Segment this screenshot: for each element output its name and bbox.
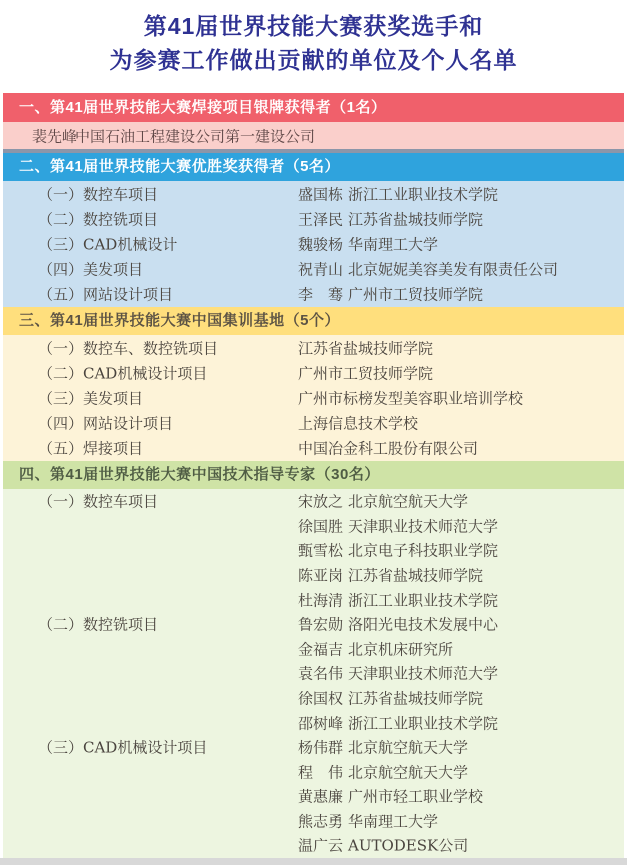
organization-name: 天津职业技术师范大学 — [348, 515, 498, 536]
project-label: （二）CAD机械设计项目 — [38, 362, 207, 383]
person-name: 徐国权 — [298, 687, 343, 708]
organization-name: 北京机床研究所 — [348, 638, 453, 659]
organization-name: 洛阳光电技术发展中心 — [348, 614, 498, 635]
organization-name: 天津职业技术师范大学 — [348, 663, 498, 684]
person-name: 杨伟群 — [298, 737, 343, 758]
person-name: 金福吉 — [298, 638, 343, 659]
list-row: （四）美发项目 祝青山 北京妮妮美容美发有限责任公司 — [3, 257, 624, 282]
organization-name: 江苏省盐城技师学院 — [348, 208, 483, 229]
list-row: 甄雪松 北京电子科技职业学院 — [3, 538, 624, 563]
list-row: 邵树峰 浙江工业职业技术学院 — [3, 710, 624, 735]
person-name: 温广云 — [298, 835, 343, 856]
list-row: （四）网站设计项目 上海信息技术学校 — [3, 411, 624, 436]
section-body-s3: （一）数控车、数控铣项目 江苏省盐城技师学院 （二）CAD机械设计项目 广州市工… — [3, 335, 624, 461]
list-row: （一）数控车项目 宋放之 北京航空航天大学 — [3, 489, 624, 514]
organization-name: 浙江工业职业技术学院 — [348, 589, 498, 610]
list-row: （二）数控铣项目 鲁宏勋 洛阳光电技术发展中心 — [3, 612, 624, 637]
project-label: （一）数控车项目 — [38, 491, 158, 512]
title-line-1: 第41届世界技能大赛获奖选手和 — [0, 9, 627, 43]
person-name: 祝青山 — [298, 259, 343, 280]
person-name: 甄雪松 — [298, 540, 343, 561]
project-label: （三）CAD机械设计 — [38, 233, 177, 254]
person-name: 邵树峰 — [298, 712, 343, 733]
project-label: （五）焊接项目 — [38, 438, 143, 459]
organization-name: 北京航空航天大学 — [348, 491, 468, 512]
list-row: 徐国权 江苏省盐城技师学院 — [3, 686, 624, 711]
list-row: 袁名伟 天津职业技术师范大学 — [3, 661, 624, 686]
person-name: 宋放之 — [298, 491, 343, 512]
bottom-page-edge — [0, 858, 627, 865]
section-body-s2: （一）数控车项目 盛国栋 浙江工业职业技术学院 （二）数控铣项目 王泽民 江苏省… — [3, 181, 624, 307]
organization-name: 北京电子科技职业学院 — [348, 540, 498, 561]
project-label: （二）数控铣项目 — [38, 614, 158, 635]
list-row: 温广云 AUTODESK公司 — [3, 833, 624, 858]
person-name: 陈亚岗 — [298, 564, 343, 585]
section-header-s4: 四、第41届世界技能大赛中国技术指导专家（30名） — [3, 461, 624, 489]
organization-name: 广州市工贸技师学院 — [348, 284, 483, 305]
list-row: （五）网站设计项目 李 骞 广州市工贸技师学院 — [3, 282, 624, 307]
list-row: （一）数控车项目 盛国栋 浙江工业职业技术学院 — [3, 181, 624, 206]
list-row: （二）CAD机械设计项目 广州市工贸技师学院 — [3, 360, 624, 385]
section-header-s3: 三、第41届世界技能大赛中国集训基地（5个） — [3, 307, 624, 335]
section-s1: 一、第41届世界技能大赛焊接项目银牌获得者（1名） 裴先峰 中国石油工程建设公司… — [3, 93, 624, 149]
list-row: 徐国胜 天津职业技术师范大学 — [3, 513, 624, 538]
section-body-s4: （一）数控车项目 宋放之 北京航空航天大学 徐国胜 天津职业技术师范大学 甄雪松… — [3, 489, 624, 858]
section-body-s1: 裴先峰 中国石油工程建设公司第一建设公司 — [3, 122, 624, 149]
organization-name: 浙江工业职业技术学院 — [348, 712, 498, 733]
person-name: 黄惠廉 — [298, 786, 343, 807]
person-name: 程 伟 — [298, 761, 343, 782]
section-header-s2: 二、第41届世界技能大赛优胜奖获得者（5名） — [3, 153, 624, 181]
person-name: 熊志勇 — [298, 810, 343, 831]
organization-name: 华南理工大学 — [348, 810, 438, 831]
project-label: （三）美发项目 — [38, 387, 143, 408]
section-s4: 四、第41届世界技能大赛中国技术指导专家（30名） （一）数控车项目 宋放之 北… — [3, 461, 624, 858]
section-header-label: 二、第41届世界技能大赛优胜奖获得者（5名） — [19, 158, 340, 175]
organization-name: 广州市轻工职业学校 — [348, 786, 483, 807]
project-label: （四）美发项目 — [38, 259, 143, 280]
list-row: （三）美发项目 广州市标榜发型美容职业培训学校 — [3, 385, 624, 410]
section-s2: 二、第41届世界技能大赛优胜奖获得者（5名） （一）数控车项目 盛国栋 浙江工业… — [3, 153, 624, 307]
list-row: 陈亚岗 江苏省盐城技师学院 — [3, 563, 624, 588]
organization-name: 广州市工贸技师学院 — [298, 362, 433, 383]
person-name: 李 骞 — [298, 284, 343, 305]
organization-name: 北京航空航天大学 — [348, 761, 468, 782]
organization-name: 中国冶金科工股份有限公司 — [298, 438, 478, 459]
document-title: 第41届世界技能大赛获奖选手和 为参赛工作做出贡献的单位及个人名单 — [0, 0, 627, 93]
list-row: （一）数控车、数控铣项目 江苏省盐城技师学院 — [3, 335, 624, 360]
project-label: （二）数控铣项目 — [38, 208, 158, 229]
organization-name: 华南理工大学 — [348, 233, 438, 254]
list-row: 裴先峰 中国石油工程建设公司第一建设公司 — [3, 122, 624, 149]
section-header-label: 三、第41届世界技能大赛中国集训基地（5个） — [19, 312, 340, 329]
section-header-label: 四、第41届世界技能大赛中国技术指导专家（30名） — [19, 466, 380, 483]
organization-name: 广州市标榜发型美容职业培训学校 — [298, 387, 523, 408]
organization-name: 北京妮妮美容美发有限责任公司 — [348, 259, 558, 280]
list-row: 黄惠廉 广州市轻工职业学校 — [3, 784, 624, 809]
section-s3: 三、第41届世界技能大赛中国集训基地（5个） （一）数控车、数控铣项目 江苏省盐… — [3, 307, 624, 461]
section-header-s1: 一、第41届世界技能大赛焊接项目银牌获得者（1名） — [3, 93, 624, 122]
person-name: 盛国栋 — [298, 183, 343, 204]
list-row: （三）CAD机械设计 魏骏杨 华南理工大学 — [3, 231, 624, 256]
person-name: 魏骏杨 — [298, 233, 343, 254]
person-name: 王泽民 — [298, 208, 343, 229]
organization-name: 江苏省盐城技师学院 — [348, 687, 483, 708]
sections-container: 一、第41届世界技能大赛焊接项目银牌获得者（1名） 裴先峰 中国石油工程建设公司… — [3, 93, 624, 858]
organization-name: 江苏省盐城技师学院 — [298, 337, 433, 358]
project-label: （四）网站设计项目 — [38, 413, 173, 434]
list-row: （二）数控铣项目 王泽民 江苏省盐城技师学院 — [3, 206, 624, 231]
list-row: 金福吉 北京机床研究所 — [3, 636, 624, 661]
section-header-label: 一、第41届世界技能大赛焊接项目银牌获得者（1名） — [19, 99, 387, 116]
person-name: 杜海清 — [298, 589, 343, 610]
document-page: 第41届世界技能大赛获奖选手和 为参赛工作做出贡献的单位及个人名单 一、第41届… — [0, 0, 627, 865]
organization-name: 江苏省盐城技师学院 — [348, 564, 483, 585]
person-name: 袁名伟 — [298, 663, 343, 684]
list-row: （三）CAD机械设计项目 杨伟群 北京航空航天大学 — [3, 735, 624, 760]
title-line-2: 为参赛工作做出贡献的单位及个人名单 — [0, 43, 627, 77]
project-label: （一）数控车项目 — [38, 183, 158, 204]
person-name: 裴先峰 — [32, 125, 77, 146]
person-name: 徐国胜 — [298, 515, 343, 536]
organization-name: AUTODESK公司 — [348, 835, 468, 856]
organization-name: 中国石油工程建设公司第一建设公司 — [75, 125, 315, 146]
person-name: 鲁宏勋 — [298, 614, 343, 635]
organization-name: 浙江工业职业技术学院 — [348, 183, 498, 204]
list-row: 杜海清 浙江工业职业技术学院 — [3, 587, 624, 612]
list-row: 熊志勇 华南理工大学 — [3, 809, 624, 834]
list-row: （五）焊接项目 中国冶金科工股份有限公司 — [3, 436, 624, 461]
organization-name: 北京航空航天大学 — [348, 737, 468, 758]
project-label: （三）CAD机械设计项目 — [38, 737, 207, 758]
project-label: （一）数控车、数控铣项目 — [38, 337, 218, 358]
organization-name: 上海信息技术学校 — [298, 413, 418, 434]
project-label: （五）网站设计项目 — [38, 284, 173, 305]
list-row: 程 伟 北京航空航天大学 — [3, 759, 624, 784]
